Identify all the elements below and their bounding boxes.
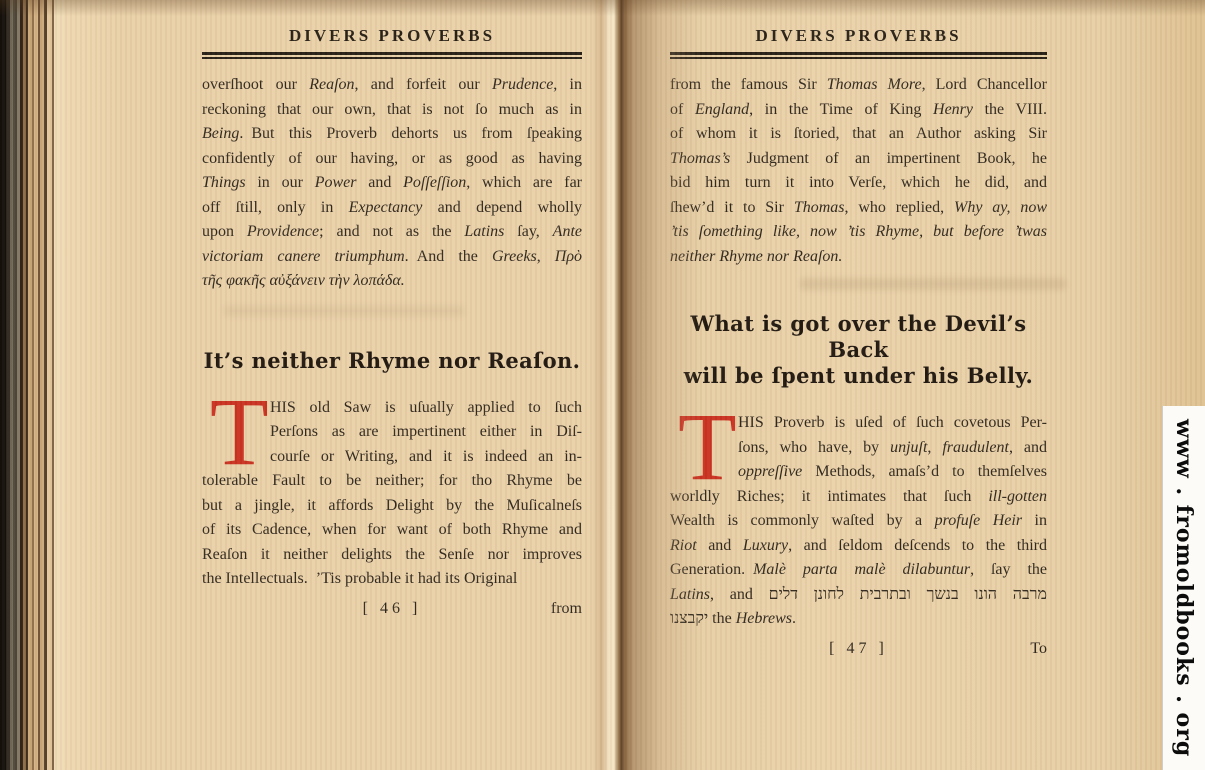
head-rule-left bbox=[202, 52, 582, 59]
text-line: from the famous Sir Thomas More, Lord Ch… bbox=[670, 73, 1047, 98]
text-line: Reaſon it neither delights the Senſe nor… bbox=[202, 543, 582, 568]
section-heading-right: What is got over the Devil’s Back will b… bbox=[670, 311, 1047, 389]
paragraph-with-dropcap: T HIS Proverb is uſed of ſuch covetous P… bbox=[670, 411, 1047, 632]
red-initial-letter: T bbox=[678, 413, 737, 481]
catchword: from bbox=[551, 600, 582, 618]
page-footer-right: [ 47 ] To bbox=[670, 640, 1047, 662]
text-line: overſhoot our Reaſon, and forfeit our Pr… bbox=[202, 73, 582, 98]
text-line: of whom it is ſtoried, that an Author as… bbox=[670, 122, 1047, 147]
left-page: DIVERS PROVERBS overſhoot our Reaſon, an… bbox=[64, 0, 618, 770]
text-line: Riot and Luxury, and ſeldom deſcends to … bbox=[670, 534, 1047, 559]
text-line: neither Rhyme nor Reaſon. bbox=[670, 245, 1047, 270]
section-heading-left: It’s neither Rhyme nor Reaſon. bbox=[202, 348, 582, 374]
book-scan: DIVERS PROVERBS overſhoot our Reaſon, an… bbox=[0, 0, 1205, 770]
text-line: Thomas’s Judgment of an impertinent Book… bbox=[670, 147, 1047, 172]
text-line: victoriam canere triumphum. And the Gree… bbox=[202, 245, 582, 270]
text-line: confidently of our having, or as good as… bbox=[202, 147, 582, 172]
text-line: Things in our Power and Poſſeſſion, whic… bbox=[202, 171, 582, 196]
watermark-strip: www . fromoldbooks . org bbox=[1162, 406, 1205, 770]
head-rule-right bbox=[670, 52, 1047, 59]
text-line: יקבצנו the Hebrews. bbox=[670, 607, 1047, 632]
text-line: Being. But this Proverb dehorts us from … bbox=[202, 122, 582, 147]
paragraph-with-dropcap: T HIS old Saw is uſually applied to ſuch… bbox=[202, 396, 582, 592]
text-line: of its Cadence, when for want of both Rh… bbox=[202, 518, 582, 543]
text-line: Latins, and מרבה הונו בנשך ובתרבית לחונן… bbox=[670, 583, 1047, 608]
text-line: τῆς φακῆς αὐξάνειν τὴν λοπάδα. bbox=[202, 269, 582, 294]
page-number: [ 46 ] bbox=[202, 600, 582, 618]
text-line: Wealth is commonly waſted by a profuſe H… bbox=[670, 509, 1047, 534]
text-line: bid him turn it into Verſe, which he did… bbox=[670, 171, 1047, 196]
running-head-left: DIVERS PROVERBS bbox=[202, 26, 582, 46]
page-number: [ 47 ] bbox=[670, 640, 1047, 658]
text-line: reckoning that our own, that is not ſo m… bbox=[202, 98, 582, 123]
text-line: Generation. Malè parta malè dilabuntur, … bbox=[670, 558, 1047, 583]
section-heading-line1: What is got over the Devil’s Back bbox=[670, 311, 1047, 363]
section-heading-line2: will be ſpent under his Belly. bbox=[670, 363, 1047, 389]
text-line: but a jingle, it affords Delight by the … bbox=[202, 494, 582, 519]
text-line: the Intellectuals. ’Tis probable it had … bbox=[202, 567, 582, 592]
running-head-right: DIVERS PROVERBS bbox=[670, 26, 1047, 46]
text-line: ſhew’d it to Sir Thomas, who replied, Wh… bbox=[670, 196, 1047, 221]
page-footer-left: [ 46 ] from bbox=[202, 600, 582, 622]
catchword: To bbox=[1030, 640, 1047, 658]
book-cover-edge bbox=[0, 0, 64, 770]
text-line: ’tis ſomething like, now ’tis Rhyme, but… bbox=[670, 220, 1047, 245]
text-line: upon Providence; and not as the Latins ſ… bbox=[202, 220, 582, 245]
red-initial-letter: T bbox=[210, 398, 269, 466]
text-line: off ſtill, only in Expectancy and depend… bbox=[202, 196, 582, 221]
paragraph: overſhoot our Reaſon, and forfeit our Pr… bbox=[202, 73, 582, 294]
text-line: of England, in the Time of King Henry th… bbox=[670, 98, 1047, 123]
paragraph: from the famous Sir Thomas More, Lord Ch… bbox=[670, 73, 1047, 269]
right-page: DIVERS PROVERBS from the famous Sir Thom… bbox=[618, 0, 1205, 770]
